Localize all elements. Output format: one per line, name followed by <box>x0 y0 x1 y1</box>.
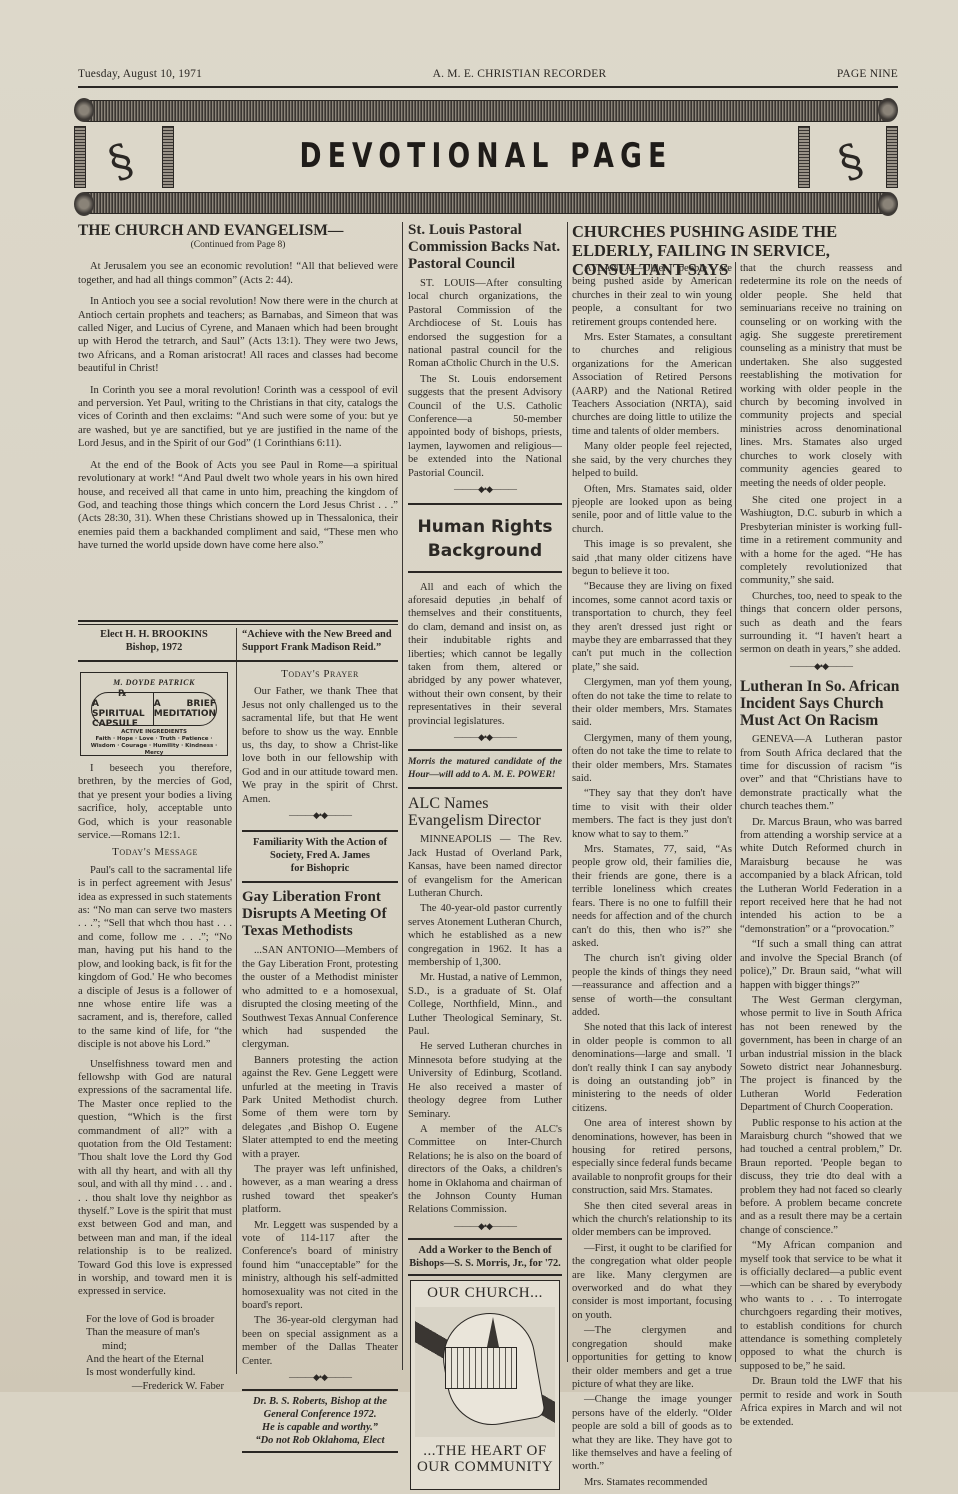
ad-line: Bishop, 1972 <box>78 641 230 654</box>
paragraph: Clergymen, many of them young, often do … <box>572 732 732 786</box>
section-rule <box>408 749 562 751</box>
corner-rosette-icon <box>74 98 94 122</box>
separator-ornament-icon: ———◆•◆——— <box>408 731 562 744</box>
paragraph: This image is so prevalent, she said ,th… <box>572 538 732 578</box>
section-rule <box>78 620 398 622</box>
column-rule <box>236 628 237 1374</box>
ad-text: Morris the matured candidate of the Hour… <box>408 755 562 781</box>
poem: For the love of God is broader Than the … <box>86 1313 232 1392</box>
boxed-headline: Human Rights Background <box>408 515 562 563</box>
paragraph: Churches, too, need to speak to the thin… <box>740 590 902 657</box>
paragraph: Mrs. Ester Stamates, a consultant to chu… <box>572 331 732 438</box>
scripture-verse: I beseech you therefore, brethren, by th… <box>78 762 232 842</box>
left-narrow-column: M. DOYDE PATRICK ℞A SPIRITUAL CAPSULE A … <box>78 670 232 1392</box>
ad-line: Society, Fred A. James <box>242 849 398 862</box>
headline: ALC Names Evangelism Director <box>408 795 562 829</box>
paragraph: Often, Mrs. Stamates said, older pjeople… <box>572 483 732 537</box>
banner-border-bottom <box>84 192 888 214</box>
page-title: DEVOTIONAL PAGE <box>163 136 809 176</box>
headline: St. Louis Pastoral Commission Backs Nat.… <box>408 222 562 273</box>
section-rule <box>408 1238 562 1240</box>
issue-date: Tuesday, August 10, 1971 <box>78 68 202 84</box>
paragraph: At Jerusalem you see an economic revolut… <box>78 260 398 287</box>
paragraph: “If such a small thing can attrat and in… <box>740 938 902 992</box>
paragraph: “They say that they don't have time to v… <box>572 787 732 841</box>
church-building-shape <box>445 1347 517 1389</box>
section-rule <box>242 1389 398 1391</box>
section-rule <box>78 624 398 625</box>
paragraph: The West German clergyman, whose permit … <box>740 994 902 1115</box>
column-rule <box>402 222 403 1370</box>
ad-brookins: Elect H. H. BROOKINS Bishop, 1972 <box>78 628 230 654</box>
poem-line: And the heart of the Eternal <box>86 1353 232 1366</box>
paragraph: One area of interest shown by denominati… <box>572 1117 732 1197</box>
third-column: St. Louis Pastoral Commission Backs Nat.… <box>408 222 562 1392</box>
poem-line: For the love of God is broader <box>86 1313 232 1326</box>
second-narrow-column: Today's Prayer Our Father, we thank Thee… <box>242 664 398 1392</box>
continued-note: (Continued from Page 8) <box>78 239 398 252</box>
paragraph: All and each of which the aforesaid depu… <box>408 581 562 728</box>
paragraph: She cited one project in a Washiugton, D… <box>740 494 902 588</box>
column-rule <box>567 222 568 1362</box>
corner-rosette-icon <box>878 98 898 122</box>
ingredients-label: ACTIVE INGREDIENTS <box>85 729 223 736</box>
prayer-text: Our Father, we thank Thee that Jesus not… <box>242 685 398 806</box>
illustration-caption-top: OUR CHURCH... <box>415 1285 555 1301</box>
paragraph: She noted that this lack of interest in … <box>572 1021 732 1115</box>
ad-line: Elect H. H. BROOKINS <box>78 628 230 641</box>
poem-attribution: —Frederick W. Faber <box>86 1380 232 1392</box>
corner-rosette-icon <box>878 192 898 216</box>
paragraph: GENEVA—A Lutheran pastor from South Afri… <box>740 733 902 813</box>
section-rule <box>408 787 562 789</box>
ad-line: Familiarity With the Action of <box>242 836 398 849</box>
separator-ornament-icon: ———◆•◆——— <box>408 483 562 496</box>
headline: Lutheran In So. African Incident Says Ch… <box>740 678 902 729</box>
column-rule <box>735 262 736 1362</box>
paragraph: In Antioch you see a social revolution! … <box>78 295 398 375</box>
section-rule <box>408 571 562 573</box>
separator-ornament-icon: ———◆•◆——— <box>242 809 398 822</box>
separator-ornament-icon: ———◆•◆——— <box>242 1371 398 1384</box>
page-number: PAGE NINE <box>837 68 898 84</box>
poem-line: Than the measure of man's <box>86 1326 232 1339</box>
ad-text: “Achieve with the New Breed and Support … <box>242 628 398 654</box>
section-rule <box>242 881 398 883</box>
banner-border-left <box>74 126 86 188</box>
paragraph: Mr. Hustad, a native of Lemmon, S.D., is… <box>408 971 562 1038</box>
paragraph: “My African companion and myself took th… <box>740 1239 902 1373</box>
paragraph: In Corinth you see a moral revolution! C… <box>78 384 398 451</box>
ad-reid: “Achieve with the New Breed and Support … <box>242 628 398 654</box>
scroll-flourish-icon: § <box>833 138 869 187</box>
paragraph: Dr. Marcus Braun, who was barred from at… <box>740 816 902 937</box>
headline: THE CHURCH AND EVANGELISM— <box>78 222 398 239</box>
ingredients-list: Faith · Hope · Love · Truth · Patience ·… <box>85 736 223 757</box>
article-elderly-col1: ATLANTA—Older people are being pushed as… <box>572 262 732 1392</box>
paragraph: Public response to his action at the Mar… <box>740 1117 902 1238</box>
our-church-illustration: OUR CHURCH... ...THE HEART OF OUR COMMUN… <box>410 1280 560 1392</box>
capsule-left-label: A SPIRITUAL CAPSULE <box>92 699 153 729</box>
paragraph: —First, it ought to be clarified for the… <box>572 1242 732 1322</box>
paragraph: She then cited several areas in which th… <box>572 1200 732 1240</box>
prescriber-name: M. DOYDE PATRICK <box>85 676 223 689</box>
banner-border-top <box>84 100 888 122</box>
capsule-right-label: A BRIEF MEDITATION <box>154 693 216 725</box>
separator-ornament-icon: ———◆•◆——— <box>740 660 902 673</box>
paragraph: ATLANTA—Older people are being pushed as… <box>572 262 732 329</box>
masthead-rule <box>78 86 898 88</box>
poem-line: mind; <box>86 1340 232 1353</box>
paragraph: Paul's call to the sacramental life is i… <box>78 864 232 1052</box>
paragraph: The St. Louis endorsement suggests that … <box>408 373 562 480</box>
publication-name: A. M. E. CHRISTIAN RECORDER <box>433 68 607 84</box>
section-rule <box>242 830 398 832</box>
paragraph: The church isn't giving older people the… <box>572 952 732 1019</box>
scroll-flourish-icon: § <box>103 138 139 187</box>
capsule-pill-icon: ℞A SPIRITUAL CAPSULE A BRIEF MEDITATION <box>91 692 217 726</box>
section-heading: Today's Message <box>78 846 232 859</box>
paragraph: He served Lutheran churches in Minnesota… <box>408 1040 562 1120</box>
rx-icon: ℞ <box>118 689 126 699</box>
section-rule <box>408 1274 562 1276</box>
section-rule <box>78 660 398 662</box>
paragraph: Unselfishness toward men and fellowshp w… <box>78 1058 232 1299</box>
section-rule <box>408 503 562 505</box>
paragraph: Mrs. Stamates, 77, said, “As people grow… <box>572 843 732 950</box>
article-elderly-col2: that the church reassess and redetermine… <box>740 262 902 1392</box>
paragraph: Clergymen, man yof them young, often do … <box>572 676 732 730</box>
paragraph: —The clergymen and congregation should m… <box>572 1324 732 1391</box>
paragraph: Dr. Braun told the LWF that his permit t… <box>740 1375 902 1392</box>
paragraph: The 40-year-old pastor currently serves … <box>408 902 562 969</box>
paragraph: The prayer was left unfinished, however,… <box>242 1163 398 1217</box>
church-heart-icon <box>415 1307 555 1392</box>
paragraph: At the end of the Book of Acts you see P… <box>78 459 398 553</box>
paragraph: The 36-year-old clergyman had been on sp… <box>242 1314 398 1368</box>
paragraph: “Because they are living on fixed income… <box>572 580 732 674</box>
paragraph: that the church reassess and redetermine… <box>740 262 902 490</box>
paragraph: Many older people feel rejected, she sai… <box>572 440 732 480</box>
headline: Gay Liberation Front Disrupts A Meeting … <box>242 889 398 940</box>
ad-text: Add a Worker to the Bench of Bishops—S. … <box>408 1244 562 1270</box>
section-heading: Today's Prayer <box>242 668 398 681</box>
devotional-banner: § § DEVOTIONAL PAGE <box>72 96 900 218</box>
paragraph: Mr. Leggett was suspended by a vote of 1… <box>242 1219 398 1313</box>
steeple-shape <box>487 1317 499 1347</box>
spiritual-capsule-ad: M. DOYDE PATRICK ℞A SPIRITUAL CAPSULE A … <box>80 672 228 756</box>
paragraph: MINNEAPOLIS — The Rev. Jack Hustad of Ov… <box>408 833 562 900</box>
banner-border-right <box>886 126 898 188</box>
paragraph: ...SAN ANTONIO—Members of the Gay Libera… <box>242 944 398 1051</box>
poem-line: Is most wonderfully kind. <box>86 1366 232 1379</box>
corner-rosette-icon <box>74 192 94 216</box>
article-church-evangelism: THE CHURCH AND EVANGELISM— (Continued fr… <box>78 222 398 555</box>
ad-line: for Bishopric <box>242 862 398 875</box>
masthead: Tuesday, August 10, 1971 A. M. E. CHRIST… <box>78 68 898 84</box>
paragraph: A member of the ALC's Committee on Inter… <box>408 1123 562 1217</box>
paragraph: ST. LOUIS—After consulting local church … <box>408 277 562 371</box>
paragraph: Banners protesting the action against th… <box>242 1054 398 1161</box>
newspaper-page: Tuesday, August 10, 1971 A. M. E. CHRIST… <box>0 0 958 1392</box>
separator-ornament-icon: ———◆•◆——— <box>408 1220 562 1233</box>
